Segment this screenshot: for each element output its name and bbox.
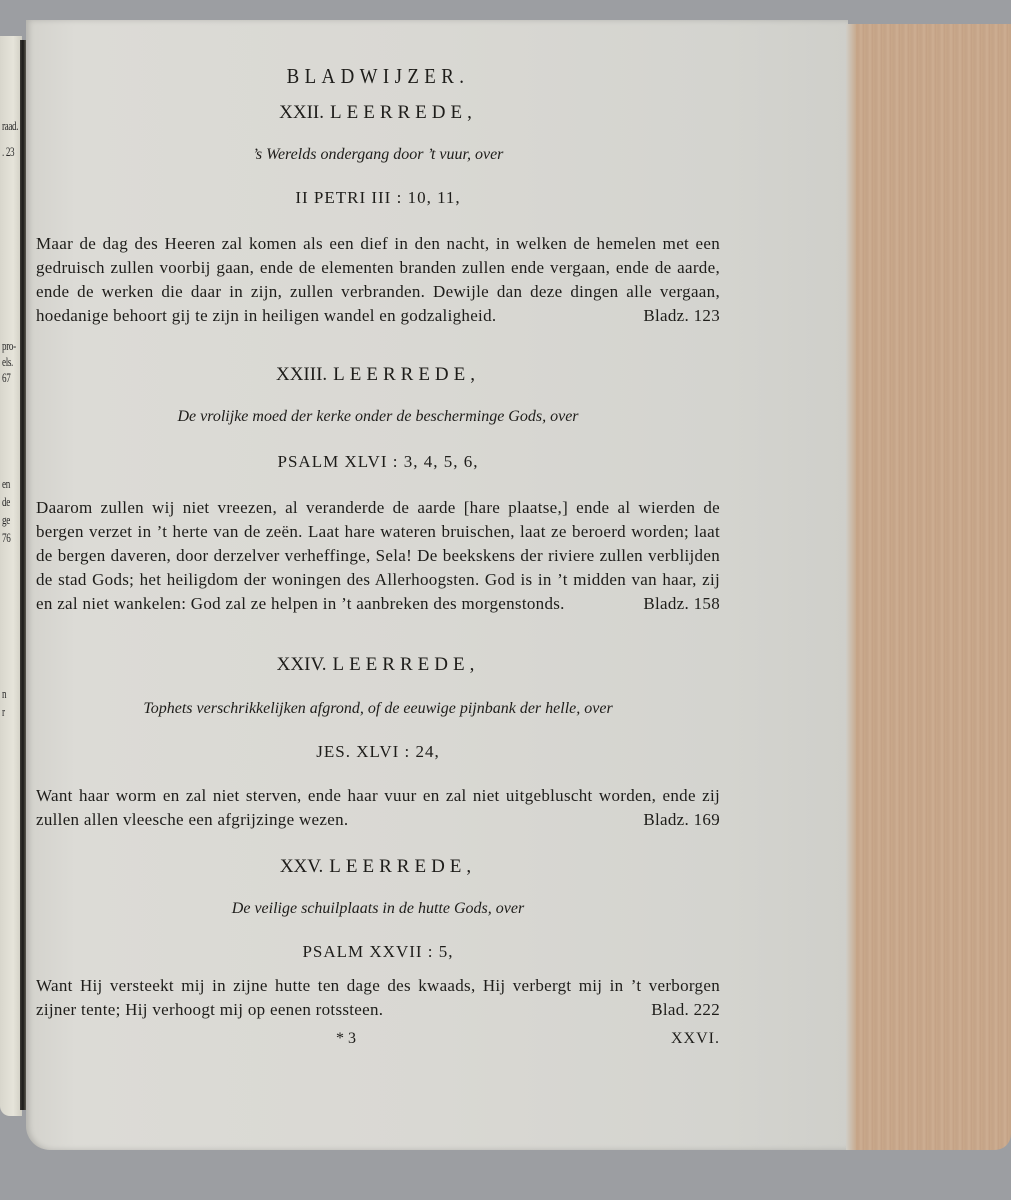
sermon-label: LEERREDE, xyxy=(330,102,477,123)
sermon-number: XXIV. xyxy=(277,654,327,675)
page-reference: Bladz. 158 xyxy=(643,592,720,616)
sermon-label: LEERREDE, xyxy=(333,364,480,385)
book-gutter xyxy=(20,40,26,1110)
scripture-quote: Want Hij versteekt mij in zijne hutte te… xyxy=(36,974,720,1022)
sermon-entry: XXIV.LEERREDE, xyxy=(36,654,720,676)
previous-page-fragment: ge xyxy=(2,512,10,527)
previous-page-edge: raad. . 23 pro- els. 67 en de ge 76 n r xyxy=(0,36,22,1116)
scripture-quote: Maar de dag des Heeren zal komen als een… xyxy=(36,232,720,328)
sermon-heading: XXII.LEERREDE, xyxy=(36,102,720,124)
catchword: XXVI. xyxy=(671,1030,720,1048)
sermon-label: LEERREDE, xyxy=(332,654,479,675)
previous-page-fragment: de xyxy=(2,494,10,509)
sermon-theme: De vrolijke moed der kerke onder de besc… xyxy=(36,408,720,426)
previous-page-fragment: 67 xyxy=(2,370,10,385)
sermon-theme: Tophets verschrikkelijken afgrond, of de… xyxy=(36,700,720,718)
previous-page-fragment: n xyxy=(2,686,6,701)
sermon-entry: XXV.LEERREDE, xyxy=(36,856,720,878)
previous-page-fragment: pro- xyxy=(2,338,16,353)
sermon-heading: XXIII.LEERREDE, xyxy=(36,364,720,386)
previous-page-fragment: . 23 xyxy=(2,144,14,159)
page-reference: Bladz. 169 xyxy=(643,808,720,832)
sermon-entry: XXIII.LEERREDE, xyxy=(36,364,720,386)
previous-page-fragment: els. xyxy=(2,354,13,369)
signature-mark: * 3 xyxy=(336,1030,356,1048)
sermon-theme: De veilige schuilplaats in de hutte Gods… xyxy=(36,900,720,918)
previous-page-fragment: 76 xyxy=(2,530,10,545)
running-head: BLADWIJZER. xyxy=(70,64,686,89)
sermon-number: XXV. xyxy=(280,856,323,877)
scripture-reference: PSALM XXVII : 5, xyxy=(36,942,720,962)
sermon-entry: XXII.LEERREDE, xyxy=(36,102,720,124)
scripture-reference: PSALM XLVI : 3, 4, 5, 6, xyxy=(36,452,720,472)
previous-page-fragment: r xyxy=(2,704,5,719)
sermon-number: XXII. xyxy=(279,102,324,123)
page-reference: Bladz. 123 xyxy=(643,304,720,328)
page-block-fore-edge xyxy=(846,24,1011,1150)
sermon-heading: XXV.LEERREDE, xyxy=(36,856,720,878)
previous-page-fragment: raad. xyxy=(2,118,18,133)
scripture-reference: II PETRI III : 10, 11, xyxy=(36,188,720,208)
scripture-quote: Want haar worm en zal niet sterven, ende… xyxy=(36,784,720,832)
scripture-quote: Daarom zullen wij niet vreezen, al veran… xyxy=(36,496,720,616)
scripture-reference: JES. XLVI : 24, xyxy=(36,742,720,762)
page-reference: Blad. 222 xyxy=(651,998,720,1022)
sermon-heading: XXIV.LEERREDE, xyxy=(36,654,720,676)
previous-page-fragment: en xyxy=(2,476,10,491)
sermon-label: LEERREDE, xyxy=(329,856,476,877)
sermon-theme: ’s Werelds ondergang door ’t vuur, over xyxy=(36,146,720,164)
sermon-number: XXIII. xyxy=(276,364,327,385)
